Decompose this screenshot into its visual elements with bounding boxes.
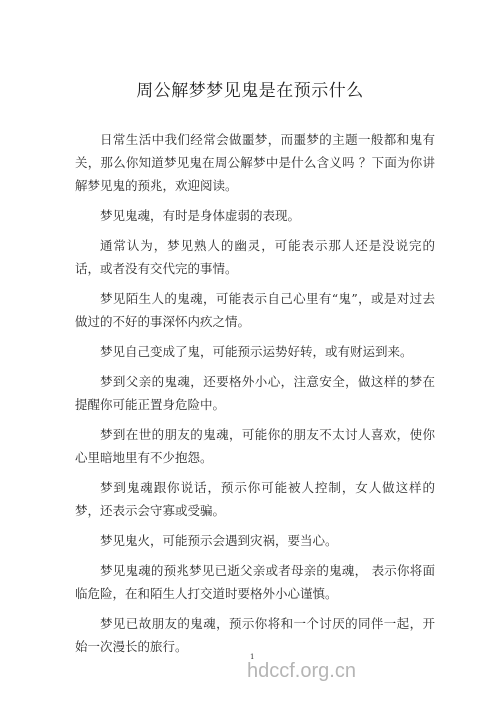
paragraph: 梦见鬼火，可能预示会遇到灾祸，要当心。 — [75, 529, 435, 552]
paragraph: 梦见鬼魂，有时是身体虚弱的表现。 — [75, 204, 435, 227]
paragraph: 梦到在世的朋友的鬼魂，可能你的朋友不太讨人喜欢，使你心里暗地里有不少抱怨。 — [75, 423, 435, 469]
paragraph: 梦见自己变成了鬼，可能预示运势好转，或有财运到来。 — [75, 340, 435, 363]
watermark: hdccf.org.cn — [247, 660, 356, 683]
document-body: 日常生活中我们经常会做噩梦，而噩梦的主题一般都和鬼有关，那么你知道梦见鬼在周公解… — [75, 128, 435, 665]
paragraph: 梦到父亲的鬼魂，还要格外小心，注意安全，做这样的梦在提醒你可能正置身危险中。 — [75, 370, 435, 416]
paragraph: 梦到鬼魂跟你说话，预示你可能被人控制，女人做这样的梦，还表示会守寡或受骗。 — [75, 476, 435, 522]
paragraph: 通常认为，梦见熟人的幽灵，可能表示那人还是没说完的话，或者没有交代完的事情。 — [75, 234, 435, 280]
paragraph: 日常生活中我们经常会做噩梦，而噩梦的主题一般都和鬼有关，那么你知道梦见鬼在周公解… — [75, 128, 435, 197]
paragraph: 梦见陌生人的鬼魂，可能表示自己心里有“鬼”，或是对过去做过的不好的事深怀内疚之情… — [75, 287, 435, 333]
paragraph: 梦见鬼魂的预兆梦见已逝父亲或者母亲的鬼魂， 表示你将面临危险，在和陌生人打交道时… — [75, 559, 435, 605]
paragraph: 梦见已故朋友的鬼魂，预示你将和一个讨厌的同伴一起，开始一次漫长的旅行。 — [75, 612, 435, 658]
document-title: 周公解梦梦见鬼是在预示什么 — [0, 76, 500, 101]
